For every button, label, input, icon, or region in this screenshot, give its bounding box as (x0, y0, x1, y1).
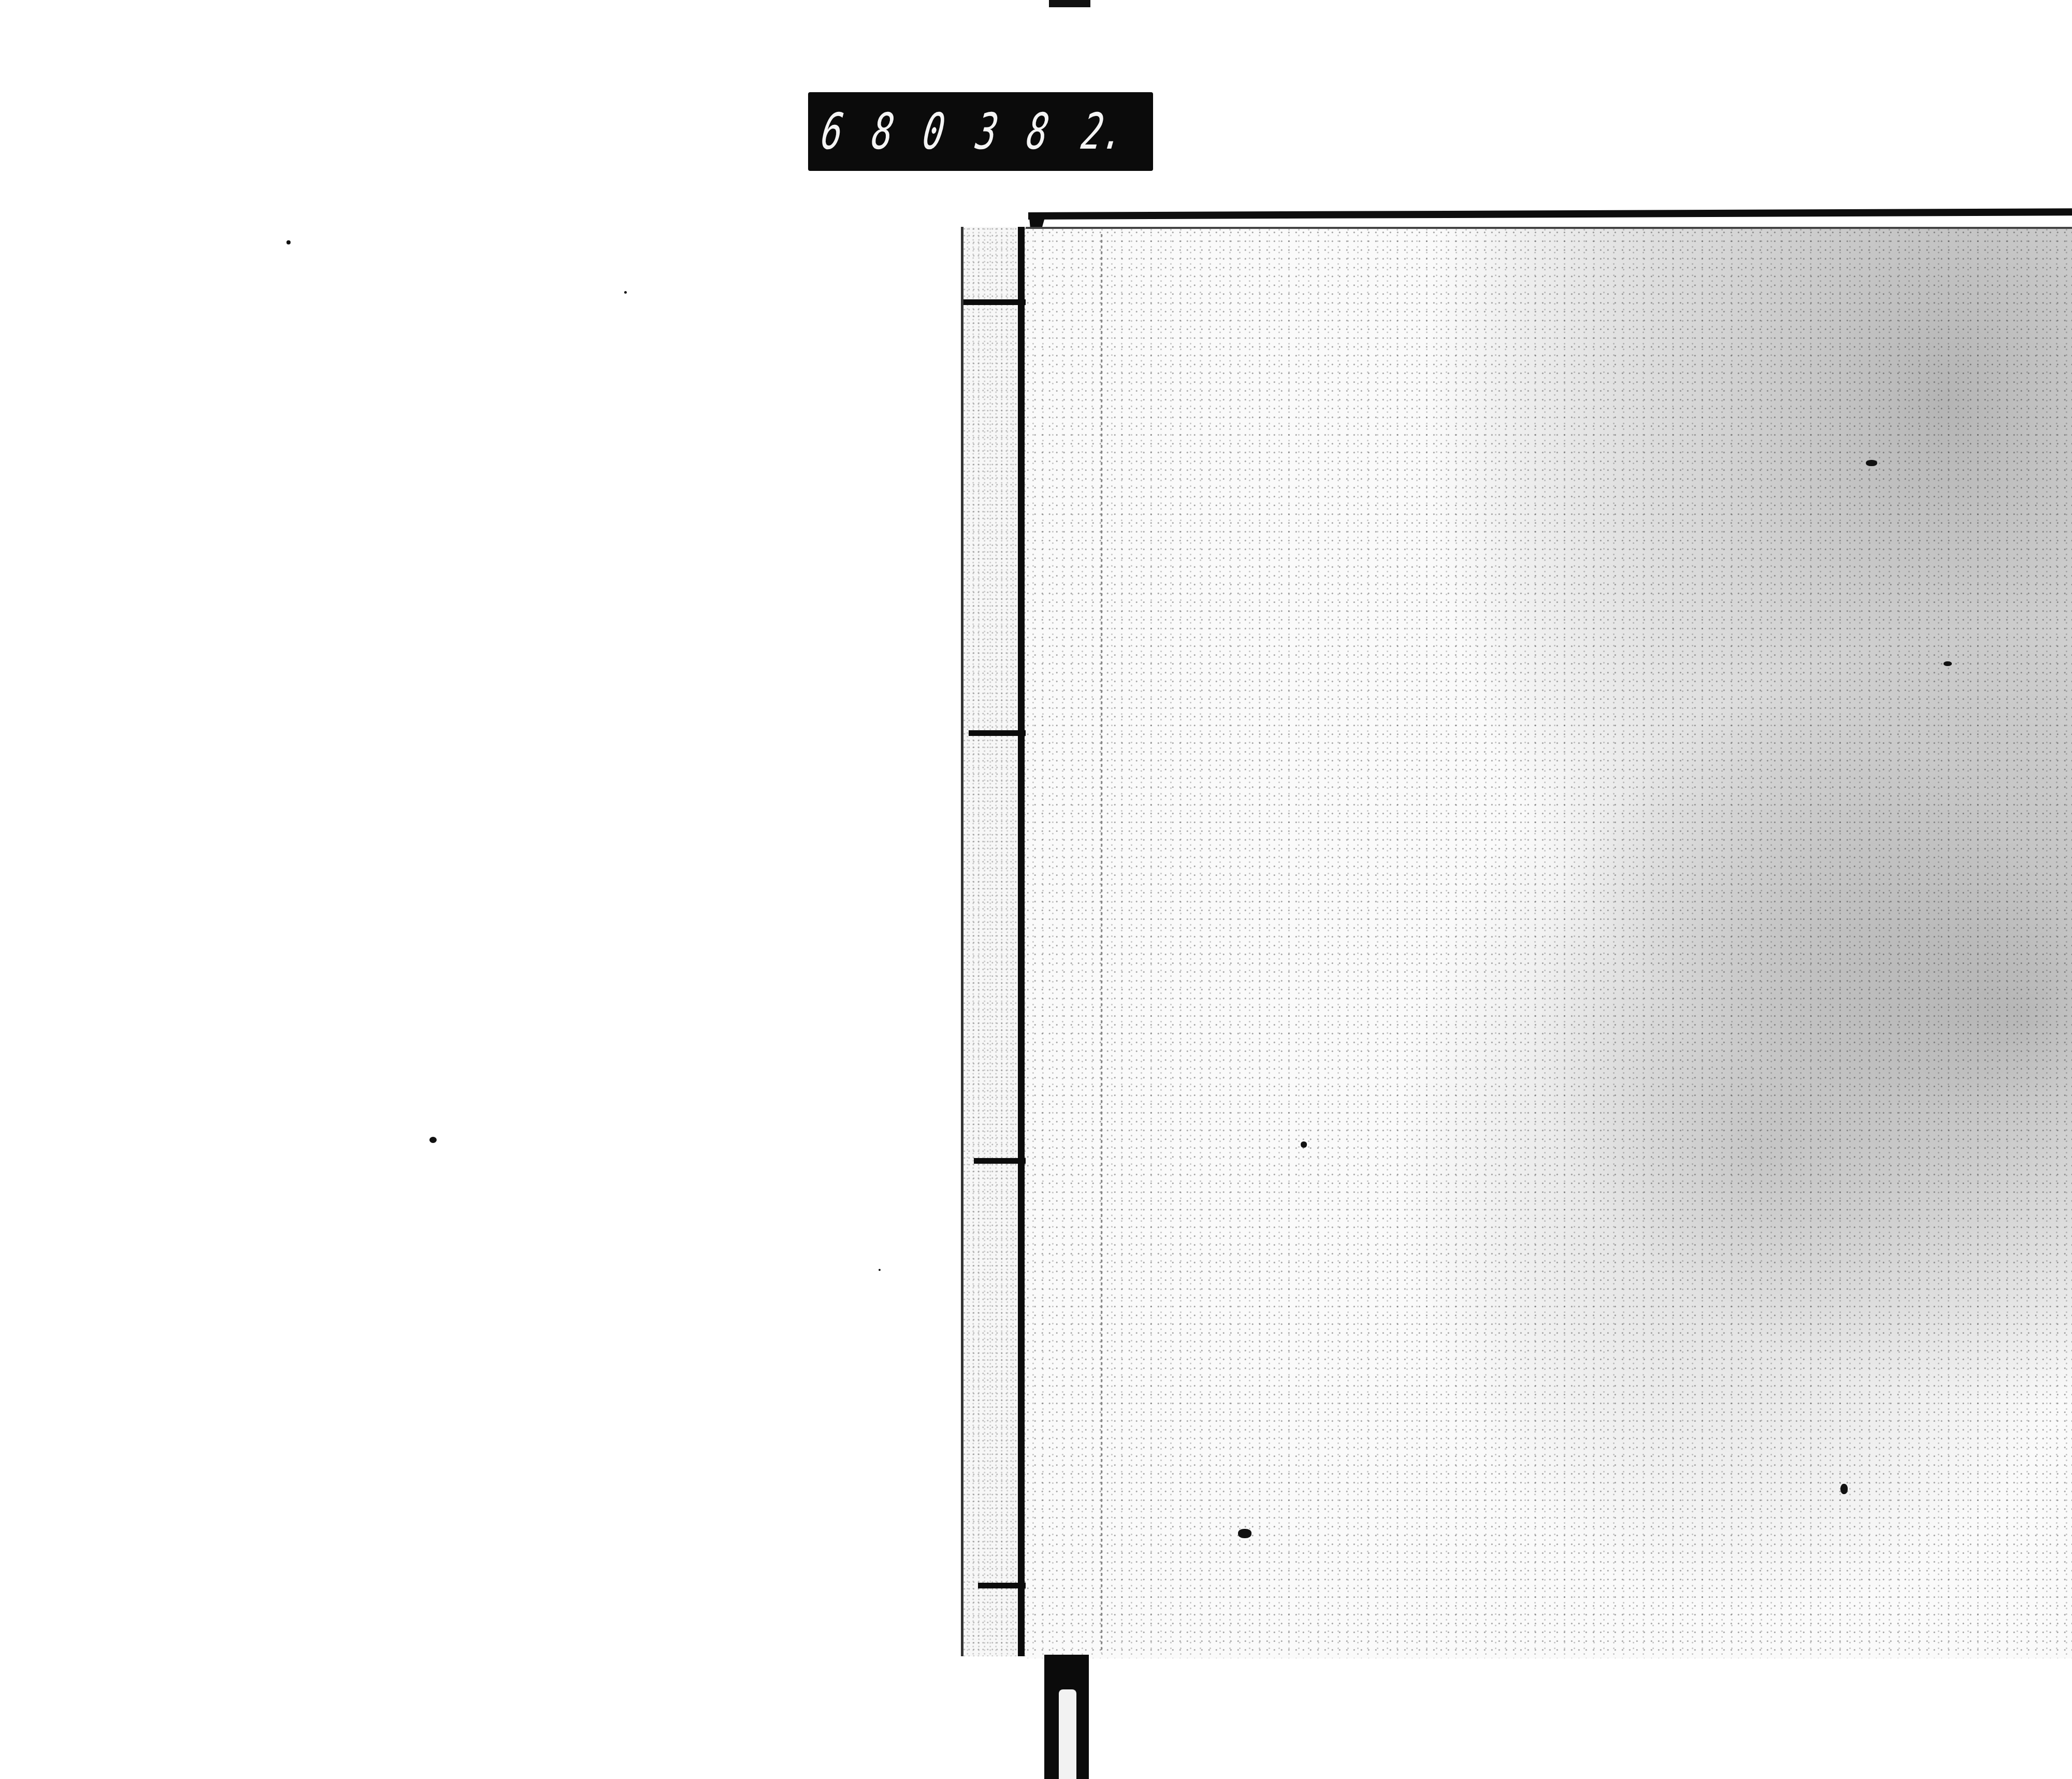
cover-fold-line (1101, 234, 1102, 1653)
book-cover (1026, 227, 2072, 1658)
book-spine (961, 227, 1026, 1656)
binding-thread (1018, 227, 1025, 1656)
counter-digit: 0 (920, 107, 948, 156)
ink-blot (1866, 460, 1877, 466)
dust-speck (286, 240, 291, 244)
counter-digit: 8 (1024, 107, 1052, 156)
ink-blot (1301, 1141, 1307, 1148)
binding-stitch (963, 299, 1026, 305)
book (961, 227, 2072, 1656)
ink-blot (1840, 1484, 1848, 1494)
counter-right-group: 3 8 2. (972, 107, 1133, 156)
counter-digit: 8 (869, 107, 897, 156)
frame-counter-label: 6 8 0 3 8 2. (808, 92, 1153, 171)
counter-digit: 6 (818, 107, 846, 156)
ink-blot (1944, 661, 1952, 666)
top-edge-fragment (1049, 0, 1090, 7)
counter-left-group: 6 8 0 (817, 107, 948, 156)
dust-speck (429, 1137, 437, 1143)
counter-digit: 2. (1079, 107, 1128, 156)
counter-digit: 3 (973, 107, 1001, 156)
dust-speck (624, 291, 627, 294)
dust-speck (879, 1269, 881, 1271)
bookmark-tab-gap (1059, 1689, 1076, 1779)
book-top-edge (1028, 208, 2072, 220)
ink-blot (1238, 1529, 1251, 1538)
